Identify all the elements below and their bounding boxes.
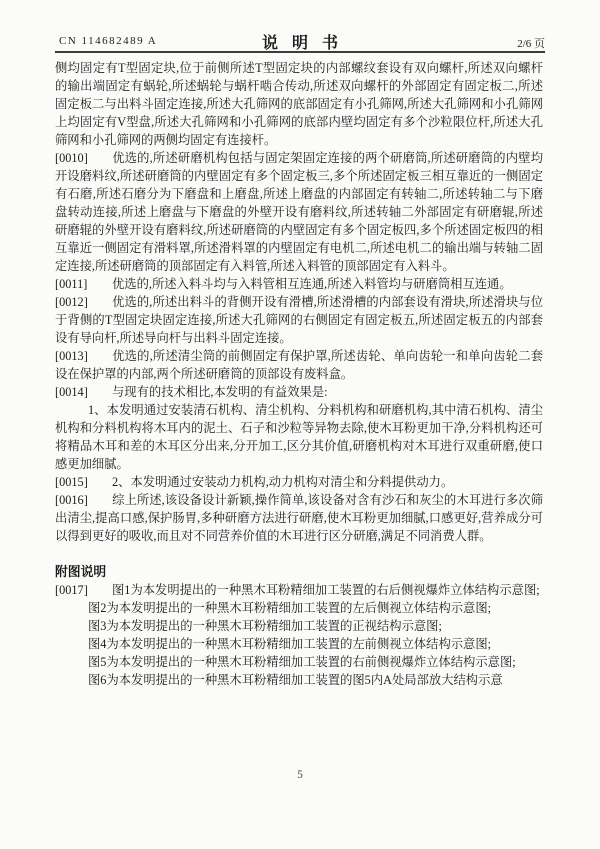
- paragraph: [0013]优选的,所述清尘筒的前侧固定有保护罩,所述齿轮、单向齿轮一和单向齿轮…: [55, 347, 543, 383]
- paragraph-text: 优选的,所述出料斗的背侧开设有滑槽,所述滑槽的内部套设有滑块,所述滑块与位于背侧…: [55, 295, 543, 345]
- paragraph: [0011]优选的,所述入料斗均与入料管相互连通,所述入料管均与研磨筒相互连通。: [55, 275, 543, 293]
- paragraph-text: 优选的,所述研磨机构包括与固定架固定连接的两个研磨筒,所述研磨筒的内壁均开设磨料…: [55, 151, 543, 273]
- paragraph-tag: [0015]: [55, 473, 112, 491]
- page-indicator: 2/6 页: [517, 35, 545, 51]
- paragraph-tag: [0017]: [55, 581, 112, 599]
- paragraph: 图6为本发明提出的一种黑木耳粉精细加工装置的图5内A处局部放大结构示意: [55, 671, 543, 689]
- paragraph-tag: [0012]: [55, 293, 112, 311]
- paragraph-tag: [0010]: [55, 149, 112, 167]
- paragraph-text: 图5为本发明提出的一种黑木耳粉精细加工装置的右前侧视爆炸立体结构示意图;: [88, 655, 516, 669]
- paragraph: 1、本发明通过安装清石机构、清尘机构、分料机构和研磨机构,其中清石机构、清尘机构…: [55, 401, 543, 473]
- paragraph: 图3为本发明提出的一种黑木耳粉精细加工装置的正视结构示意图;: [55, 617, 543, 635]
- paragraph: 图4为本发明提出的一种黑木耳粉精细加工装置的左前侧视立体结构示意图;: [55, 635, 543, 653]
- paragraph: 图2为本发明提出的一种黑木耳粉精细加工装置的左后侧视立体结构示意图;: [55, 599, 543, 617]
- paragraph-text: 图4为本发明提出的一种黑木耳粉精细加工装置的左前侧视立体结构示意图;: [88, 637, 491, 651]
- paragraph-text: 优选的,所述入料斗均与入料管相互连通,所述入料管均与研磨筒相互连通。: [112, 277, 512, 291]
- header-divider: [55, 51, 545, 53]
- paragraph-text: 2、本发明通过安装动力机构,动力机构对清尘和分料提供动力。: [112, 475, 453, 489]
- paragraph: [0017]图1为本发明提出的一种黑木耳粉精细加工装置的右后侧视爆炸立体结构示意…: [55, 581, 543, 599]
- paragraph-tag: [0014]: [55, 383, 112, 401]
- paragraph-text: 图1为本发明提出的一种黑木耳粉精细加工装置的右后侧视爆炸立体结构示意图;: [112, 583, 540, 597]
- patent-specification-page: CN 114682489 A 说明书 2/6 页 侧均固定有T型固定块,位于前侧…: [0, 0, 600, 849]
- document-title: 说明书: [0, 30, 600, 53]
- paragraph-text: 图2为本发明提出的一种黑木耳粉精细加工装置的左后侧视立体结构示意图;: [88, 601, 491, 615]
- paragraph-text: 与现有的技术相比,本发明的有益效果是:: [112, 385, 328, 399]
- paragraph: [0015]2、本发明通过安装动力机构,动力机构对清尘和分料提供动力。: [55, 473, 543, 491]
- paragraph-text: 图3为本发明提出的一种黑木耳粉精细加工装置的正视结构示意图;: [88, 619, 442, 633]
- paragraph-text: 图6为本发明提出的一种黑木耳粉精细加工装置的图5内A处局部放大结构示意: [88, 673, 503, 687]
- paragraph: [0012]优选的,所述出料斗的背侧开设有滑槽,所述滑槽的内部套设有滑块,所述滑…: [55, 293, 543, 347]
- specification-body: 侧均固定有T型固定块,位于前侧所述T型固定块的内部螺纹套设有双向螺杆,所述双向螺…: [55, 59, 543, 689]
- paragraph-tag: [0011]: [55, 275, 112, 293]
- paragraph-tag: [0013]: [55, 347, 112, 365]
- paragraph: [0014]与现有的技术相比,本发明的有益效果是:: [55, 383, 543, 401]
- paragraph-text: 优选的,所述清尘筒的前侧固定有保护罩,所述齿轮、单向齿轮一和单向齿轮二套设在保护…: [55, 349, 543, 381]
- paragraph: [0010]优选的,所述研磨机构包括与固定架固定连接的两个研磨筒,所述研磨筒的内…: [55, 149, 543, 275]
- paragraph-text: 1、本发明通过安装清石机构、清尘机构、分料机构和研磨机构,其中清石机构、清尘机构…: [55, 403, 543, 471]
- paragraph: 图5为本发明提出的一种黑木耳粉精细加工装置的右前侧视爆炸立体结构示意图;: [55, 653, 543, 671]
- paragraph-text: 侧均固定有T型固定块,位于前侧所述T型固定块的内部螺纹套设有双向螺杆,所述双向螺…: [55, 61, 543, 147]
- paragraph: [0016]综上所述,该设备设计新颖,操作简单,该设备对含有沙石和灰尘的木耳进行…: [55, 491, 543, 545]
- page-number: 5: [0, 769, 600, 781]
- paragraph: 侧均固定有T型固定块,位于前侧所述T型固定块的内部螺纹套设有双向螺杆,所述双向螺…: [55, 59, 543, 149]
- paragraph-tag: [0016]: [55, 491, 112, 509]
- paragraph-text: 综上所述,该设备设计新颖,操作简单,该设备对含有沙石和灰尘的木耳进行多次筛出清尘…: [55, 493, 543, 543]
- section-heading: 附图说明: [55, 563, 543, 581]
